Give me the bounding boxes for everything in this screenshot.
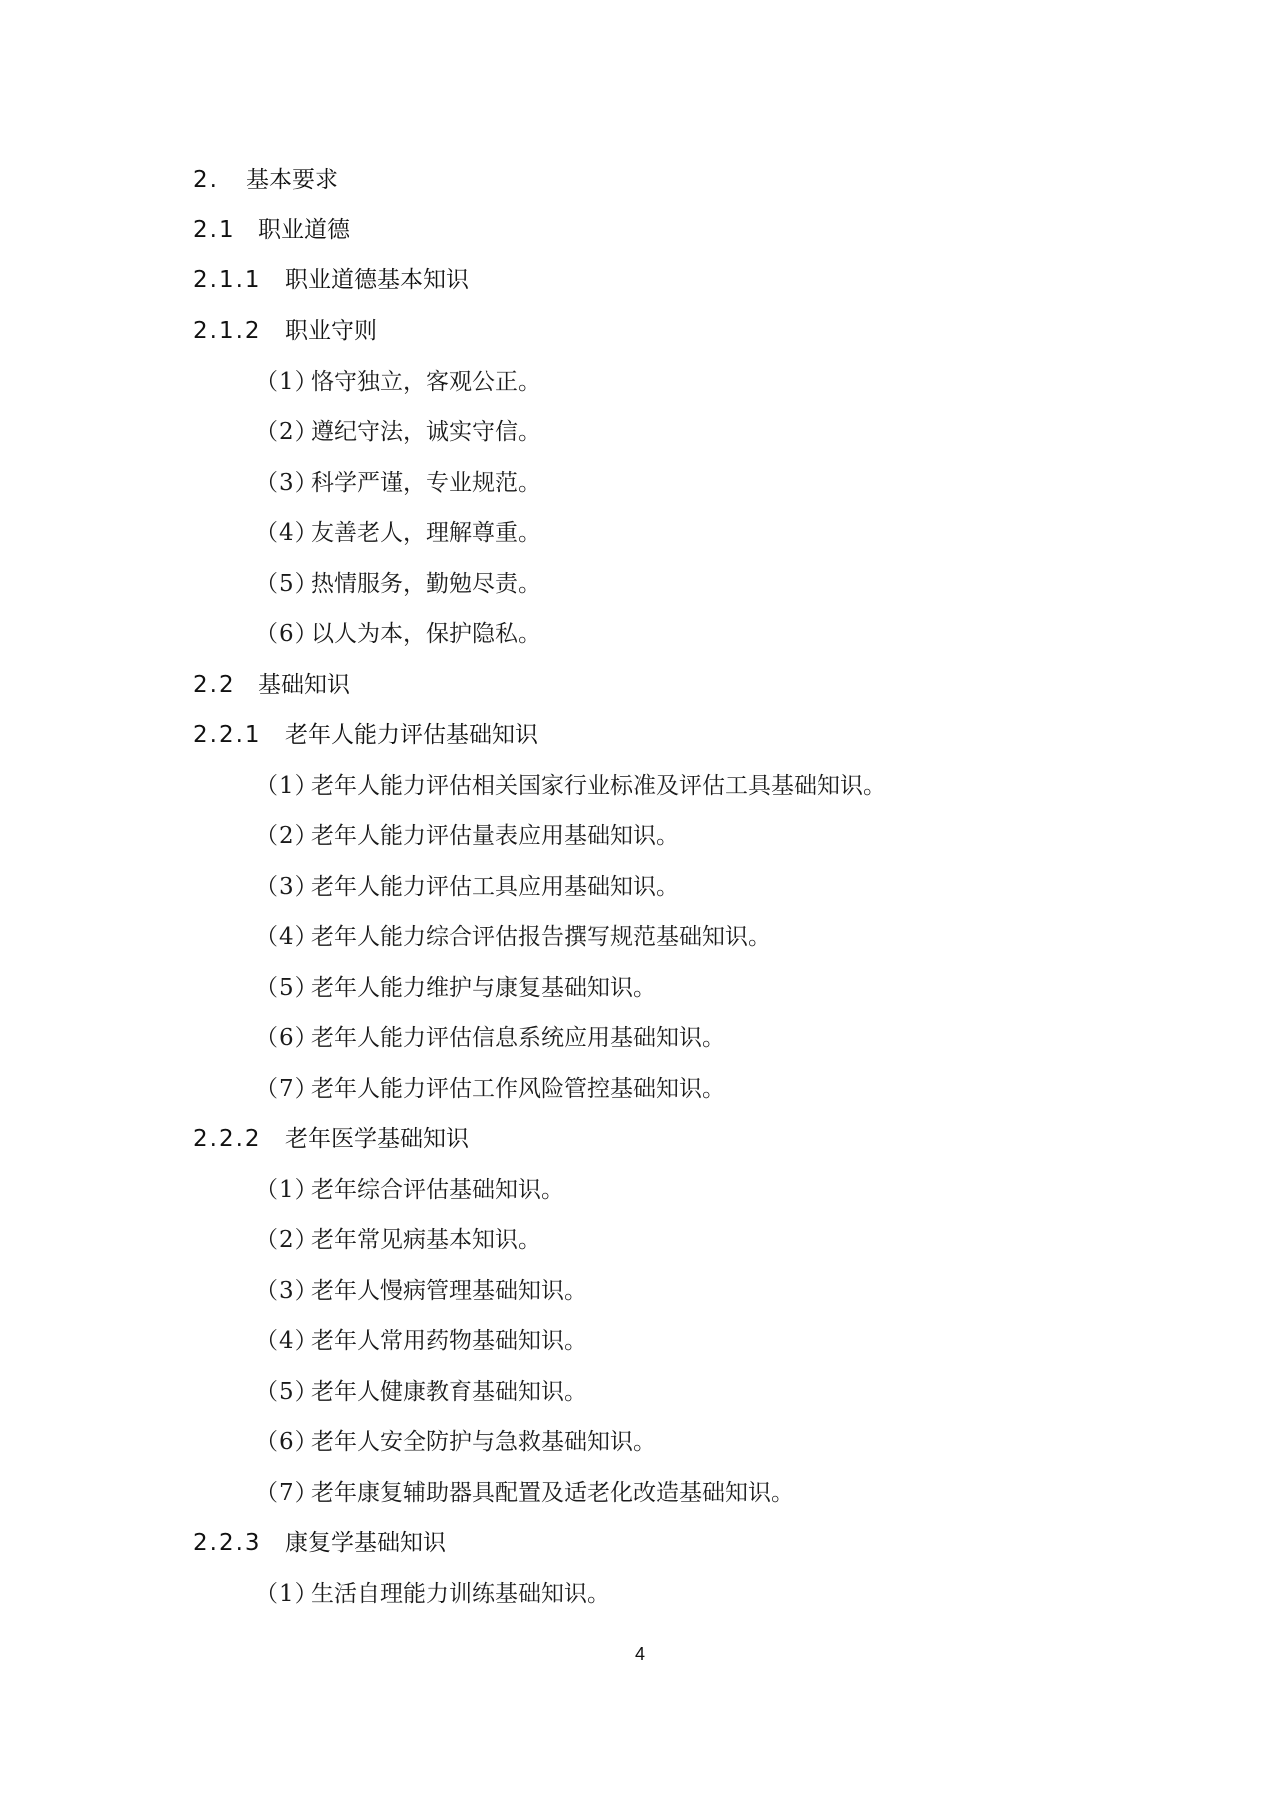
list-item: （5）老年人健康教育基础知识。: [255, 1372, 587, 1412]
list-item-text: 生活自理能力训练基础知识。: [311, 1581, 610, 1607]
list-item-text: 老年人能力维护与康复基础知识。: [311, 975, 656, 1001]
list-item: （6）老年人能力评估信息系统应用基础知识。: [255, 1018, 725, 1058]
list-item-text: 科学严谨，专业规范。: [311, 470, 541, 496]
heading-number: 2.1.1: [193, 260, 285, 300]
heading-text: 老年人能力评估基础知识: [285, 722, 538, 748]
list-item-text: 老年人能力评估信息系统应用基础知识。: [311, 1025, 725, 1051]
section-heading-2-1: 2.1职业道德: [193, 210, 350, 250]
section-heading-2-1-2: 2.1.2职业守则: [193, 311, 377, 351]
list-item-text: 老年人能力评估量表应用基础知识。: [311, 823, 679, 849]
list-item: （2）遵纪守法，诚实守信。: [255, 412, 541, 452]
heading-number: 2.2.2: [193, 1119, 285, 1159]
section-heading-2-2-1: 2.2.1老年人能力评估基础知识: [193, 715, 538, 755]
heading-text: 职业道德: [258, 217, 350, 243]
list-item-index: （5）: [255, 1372, 311, 1412]
list-item-text: 老年人能力评估相关国家行业标准及评估工具基础知识。: [311, 773, 886, 799]
list-item-text: 遵纪守法，诚实守信。: [311, 419, 541, 445]
list-item-text: 老年人能力评估工作风险管控基础知识。: [311, 1076, 725, 1102]
list-item-index: （4）: [255, 1321, 311, 1361]
list-item-index: （6）: [255, 614, 311, 654]
list-item-index: （3）: [255, 463, 311, 503]
heading-text: 康复学基础知识: [285, 1530, 446, 1556]
heading-number: 2.2: [193, 665, 258, 705]
list-item: （5）热情服务，勤勉尽责。: [255, 564, 541, 604]
list-item: （5）老年人能力维护与康复基础知识。: [255, 968, 656, 1008]
list-item-index: （5）: [255, 564, 311, 604]
list-item-index: （4）: [255, 917, 311, 957]
list-item: （6）老年人安全防护与急救基础知识。: [255, 1422, 656, 1462]
list-item: （7）老年人能力评估工作风险管控基础知识。: [255, 1069, 725, 1109]
list-item: （1）老年人能力评估相关国家行业标准及评估工具基础知识。: [255, 766, 886, 806]
list-item-text: 老年人健康教育基础知识。: [311, 1379, 587, 1405]
heading-text: 基础知识: [258, 672, 350, 698]
list-item-text: 老年人能力评估工具应用基础知识。: [311, 874, 679, 900]
list-item-text: 老年人常用药物基础知识。: [311, 1328, 587, 1354]
list-item-index: （1）: [255, 362, 311, 402]
section-heading-2-2: 2.2基础知识: [193, 665, 350, 705]
list-item-index: （6）: [255, 1018, 311, 1058]
list-item: （4）老年人能力综合评估报告撰写规范基础知识。: [255, 917, 771, 957]
list-item: （7）老年康复辅助器具配置及适老化改造基础知识。: [255, 1473, 794, 1513]
list-item-index: （4）: [255, 513, 311, 553]
heading-text: 职业守则: [285, 318, 377, 344]
heading-text: 基本要求: [246, 167, 338, 193]
list-item-index: （3）: [255, 867, 311, 907]
list-item-index: （5）: [255, 968, 311, 1008]
list-item: （4）友善老人，理解尊重。: [255, 513, 541, 553]
list-item-index: （2）: [255, 816, 311, 856]
list-item: （3）老年人能力评估工具应用基础知识。: [255, 867, 679, 907]
list-item-index: （1）: [255, 1170, 311, 1210]
list-item-index: （1）: [255, 1574, 311, 1614]
list-item-text: 老年人能力综合评估报告撰写规范基础知识。: [311, 924, 771, 950]
list-item-text: 老年常见病基本知识。: [311, 1227, 541, 1253]
list-item: （2）老年人能力评估量表应用基础知识。: [255, 816, 679, 856]
list-item-text: 老年人安全防护与急救基础知识。: [311, 1429, 656, 1455]
list-item: （1）老年综合评估基础知识。: [255, 1170, 564, 1210]
heading-number: 2.: [193, 160, 246, 200]
list-item-index: （7）: [255, 1473, 311, 1513]
list-item: （4）老年人常用药物基础知识。: [255, 1321, 587, 1361]
section-heading-2-1-1: 2.1.1职业道德基本知识: [193, 260, 469, 300]
list-item-index: （7）: [255, 1069, 311, 1109]
heading-text: 老年医学基础知识: [285, 1126, 469, 1152]
heading-number: 2.2.3: [193, 1523, 285, 1563]
document-page: 2.基本要求 2.1职业道德 2.1.1职业道德基本知识 2.1.2职业守则 （…: [0, 0, 1280, 1810]
section-heading-2-2-2: 2.2.2老年医学基础知识: [193, 1119, 469, 1159]
heading-number: 2.2.1: [193, 715, 285, 755]
list-item-text: 友善老人，理解尊重。: [311, 520, 541, 546]
list-item: （2）老年常见病基本知识。: [255, 1220, 541, 1260]
list-item: （6）以人为本，保护隐私。: [255, 614, 541, 654]
list-item-text: 老年人慢病管理基础知识。: [311, 1278, 587, 1304]
list-item-index: （3）: [255, 1271, 311, 1311]
list-item: （3）老年人慢病管理基础知识。: [255, 1271, 587, 1311]
list-item-text: 以人为本，保护隐私。: [311, 621, 541, 647]
list-item-index: （1）: [255, 766, 311, 806]
section-heading-2-2-3: 2.2.3康复学基础知识: [193, 1523, 446, 1563]
heading-number: 2.1.2: [193, 311, 285, 351]
heading-number: 2.1: [193, 210, 258, 250]
list-item-index: （2）: [255, 412, 311, 452]
section-heading-2: 2.基本要求: [193, 160, 338, 200]
list-item-text: 老年综合评估基础知识。: [311, 1177, 564, 1203]
list-item-text: 老年康复辅助器具配置及适老化改造基础知识。: [311, 1480, 794, 1506]
list-item: （1）生活自理能力训练基础知识。: [255, 1574, 610, 1614]
list-item: （1）恪守独立，客观公正。: [255, 362, 541, 402]
list-item-text: 恪守独立，客观公正。: [311, 369, 541, 395]
list-item: （3）科学严谨，专业规范。: [255, 463, 541, 503]
page-number: 4: [630, 1644, 650, 1665]
list-item-index: （2）: [255, 1220, 311, 1260]
list-item-index: （6）: [255, 1422, 311, 1462]
heading-text: 职业道德基本知识: [285, 267, 469, 293]
list-item-text: 热情服务，勤勉尽责。: [311, 571, 541, 597]
